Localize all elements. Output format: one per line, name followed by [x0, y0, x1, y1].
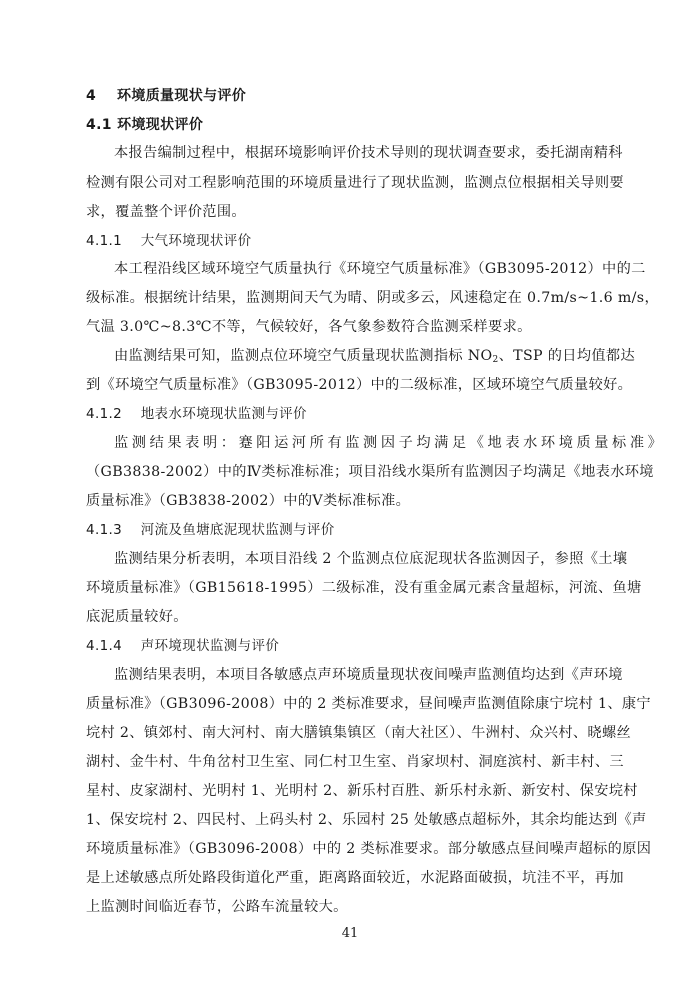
chapter-title: 环境质量现状与评价 — [117, 88, 246, 104]
paragraph-line: 求，覆盖整个评价范围。 — [86, 202, 246, 222]
subsection-heading: 4.1.4 声环境现状监测与评价 — [86, 636, 279, 656]
subsection-title: 河流及鱼塘底泥现状监测与评价 — [141, 522, 335, 538]
subsection-heading: 4.1.2 地表水环境现状监测与评价 — [86, 404, 307, 424]
paragraph-line: 本工程沿线区域环境空气质量执行《环境空气质量标准》（GB3095-2012）中的… — [114, 259, 646, 279]
paragraph-line: （GB3838-2002）中的Ⅳ类标准标准；项目沿线水渠所有监测因子均满足《地表… — [86, 462, 654, 482]
paragraph-line: 1、保安垸村 2、四民村、上码头村 2、乐园村 25 处敏感点超标外，其余均能达… — [86, 810, 647, 830]
paragraph-line: 到《环境空气质量标准》（GB3095-2012）中的二级标准，区域环境空气质量较… — [86, 375, 632, 395]
section-title: 环境现状评价 — [117, 117, 203, 133]
paragraph-line: 由监测结果可知，监测点位环境空气质量现状监测指标 NO2、TSP 的日均值都达 — [114, 346, 635, 370]
paragraph-line: 环境质量标准》（GB3096-2008）中的 2 类标准要求。部分敏感点昼间噪声… — [86, 839, 651, 859]
paragraph-line: 星村、皮家湖村、光明村 1、光明村 2、新乐村百胜、新乐村永新、新安村、保安垸村 — [86, 781, 638, 801]
subsection-number: 4.1.1 — [86, 233, 122, 249]
subsection-heading: 4.1.1 大气环境现状评价 — [86, 231, 252, 251]
subsection-heading: 4.1.3 河流及鱼塘底泥现状监测与评价 — [86, 520, 335, 540]
paragraph-line: 监测结果分析表明，本项目沿线 2 个监测点位底泥现状各监测因子，参照《土壤 — [114, 549, 627, 569]
paragraph-line: 上监测时间临近春节，公路车流量较大。 — [86, 897, 348, 917]
section-number: 4.1 — [86, 117, 112, 133]
paragraph-line: 气温 3.0℃~8.3℃不等，气候较好，各气象参数符合监测采样要求。 — [86, 317, 532, 337]
paragraph-line: 本报告编制过程中，根据环境影响评价技术导则的现状调查要求，委托湖南精科 — [114, 143, 623, 163]
chapter-number: 4 — [86, 88, 96, 104]
paragraph-line: 底泥质量较好。 — [86, 607, 188, 627]
text-span: 、TSP 的日均值都达 — [499, 348, 635, 364]
paragraph-line: 级标准。根据统计结果，监测期间天气为晴、阴或多云，风速稳定在 0.7m/s~1.… — [86, 288, 659, 308]
subsection-title: 大气环境现状评价 — [141, 233, 252, 249]
subsection-number: 4.1.2 — [86, 406, 122, 422]
text-span: 由监测结果可知，监测点位环境空气质量现状监测指标 NO — [114, 348, 493, 364]
subsection-number: 4.1.3 — [86, 522, 122, 538]
paragraph-line: 是上述敏感点所处路段街道化严重，距离路面较近，水泥路面破损，坑洼不平，再加 — [86, 868, 624, 888]
subsection-number: 4.1.4 — [86, 638, 122, 654]
paragraph-line: 垸村 2、镇郊村、南大河村、南大膳镇集镇区（南大社区）、牛洲村、众兴村、晓螺丝 — [86, 723, 631, 743]
paragraph-line: 质量标准》（GB3838-2002）中的Ⅴ类标准标准。 — [86, 491, 410, 511]
section-heading: 4.1 环境现状评价 — [86, 115, 203, 135]
paragraph-line: 检测有限公司对工程影响范围的环境质量进行了现状监测，监测点位根据相关导则要 — [86, 173, 624, 193]
page-number: 41 — [0, 926, 700, 941]
paragraph-line: 质量标准》（GB3096-2008）中的 2 类标准要求，昼间噪声监测值除康宁垸… — [86, 694, 651, 714]
chapter-heading: 4 环境质量现状与评价 — [86, 86, 246, 106]
subsection-title: 声环境现状监测与评价 — [141, 638, 280, 654]
paragraph-line: 监测结果表明：蹇阳运河所有监测因子均满足《地表水环境质量标准》 — [114, 433, 665, 453]
paragraph-line: 湖村、金牛村、牛角岔村卫生室、同仁村卫生室、肖家坝村、洞庭滨村、新丰村、三 — [86, 752, 624, 772]
paragraph-line: 环境质量标准》（GB15618-1995）二级标准，没有重金属元素含量超标，河流… — [86, 578, 642, 598]
subsection-title: 地表水环境现状监测与评价 — [141, 406, 307, 422]
paragraph-line: 监测结果表明，本项目各敏感点声环境质量现状夜间噪声监测值均达到《声环境 — [114, 665, 623, 685]
